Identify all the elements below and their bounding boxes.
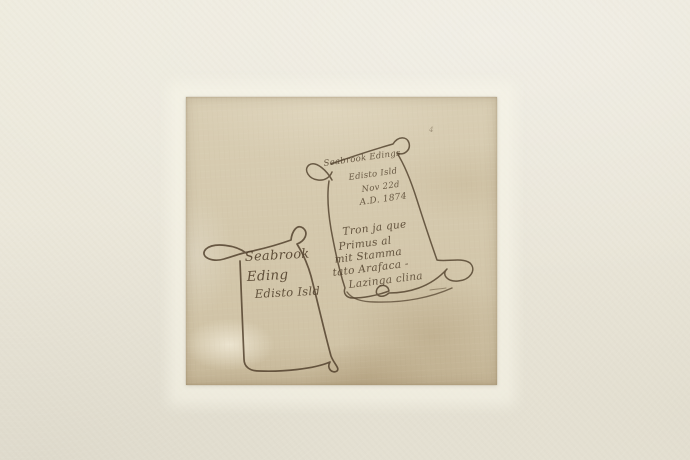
- left-scroll-line-3: Edisto Isld: [253, 284, 320, 301]
- scroll-sketch-drawing: Seabrook Edings Edisto Isld Nov 22d A.D.…: [186, 97, 497, 385]
- right-scroll-header-line-1: Seabrook Edings: [323, 148, 402, 169]
- right-scroll-faint-dash: [430, 288, 446, 290]
- matted-photo-of-drawing: Seabrook Edings Edisto Isld Nov 22d A.D.…: [0, 0, 690, 460]
- left-scroll-line-2: Eding: [245, 267, 288, 285]
- faint-corner-mark: 4: [428, 126, 434, 134]
- right-scroll-bottom-roll: [347, 288, 452, 302]
- right-scroll-body-line-1: Tron ja que: [342, 218, 407, 238]
- left-scroll-line-1: Seabrook: [244, 247, 310, 265]
